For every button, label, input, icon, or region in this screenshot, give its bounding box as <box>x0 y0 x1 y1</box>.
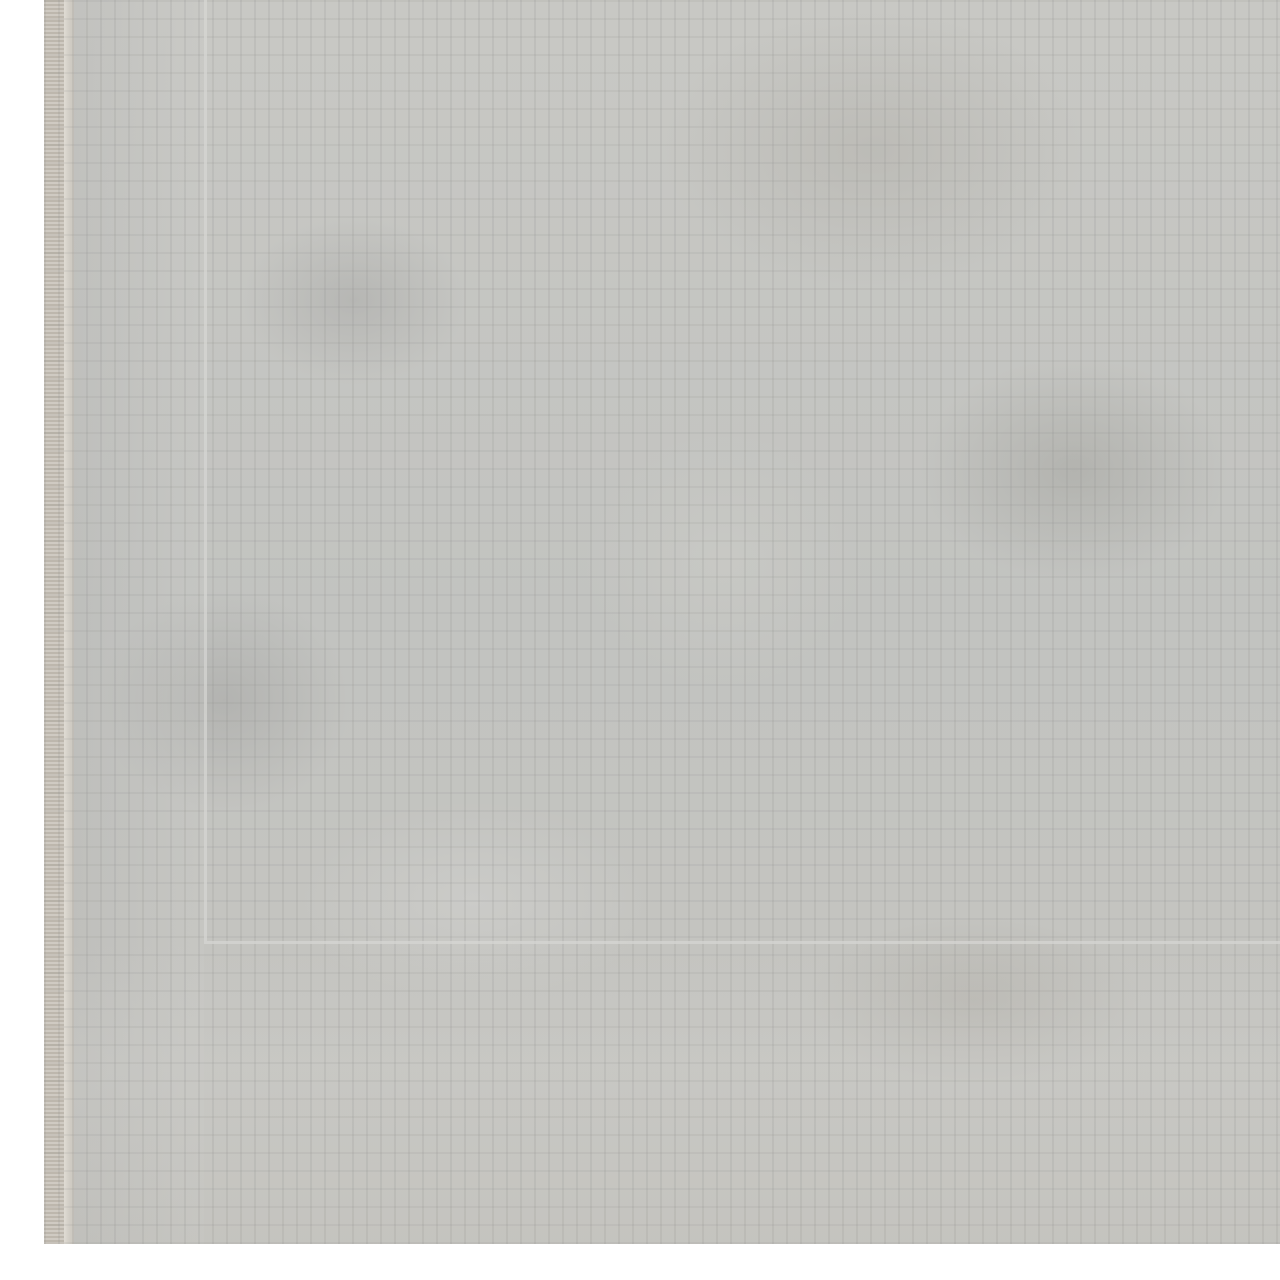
rug <box>44 0 1280 1244</box>
rug-inner-border-line <box>204 0 1280 944</box>
